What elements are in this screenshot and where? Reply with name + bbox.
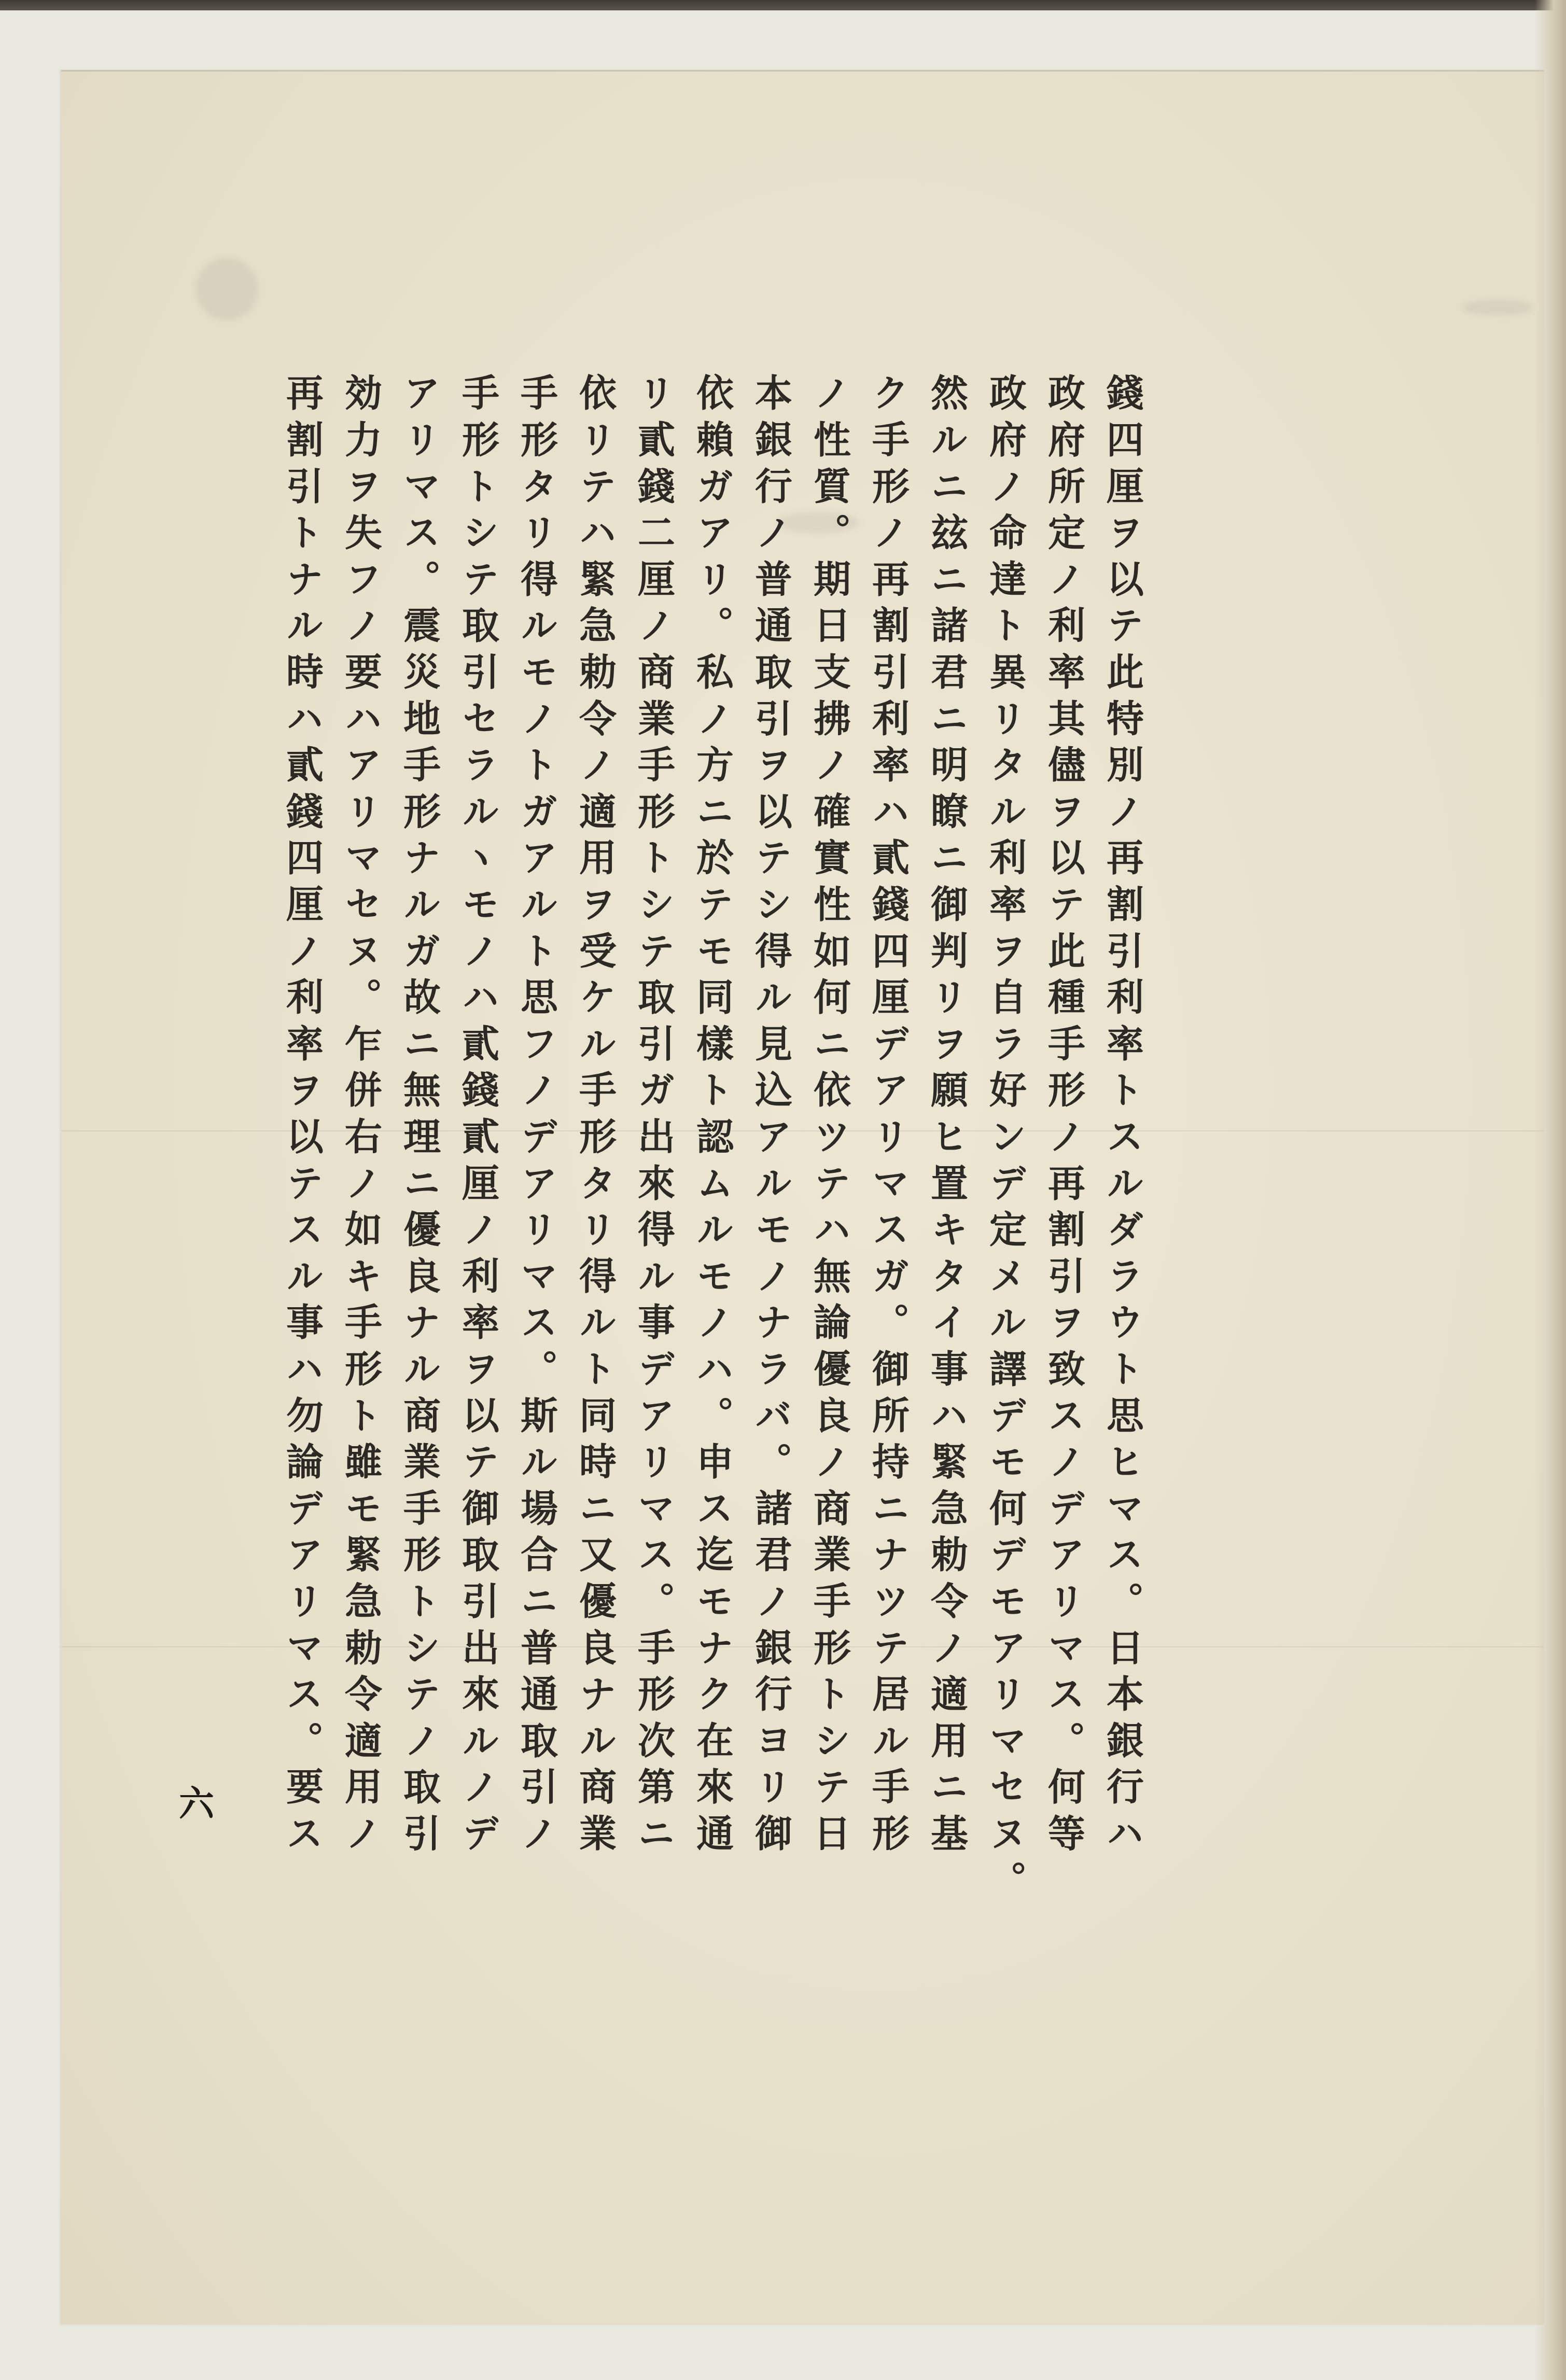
text-column-8: 依賴ガアリ。私ノ方ニ於テモ同樣ト認ムルモノハ。申ス迄モナク在來通 bbox=[682, 373, 741, 2095]
text-column-7: 本銀行ノ普通取引ヲ以テシ得ル見込アルモノナラバ。諸君ノ銀行ヨリ御 bbox=[741, 373, 800, 2095]
text-column-15: 再割引トナル時ハ貳錢四厘ノ利率ヲ以テスル事ハ勿論デアリマス。要ス bbox=[272, 373, 331, 2095]
text-column-12: 手形トシテ取引セラルヽモノハ貳錢貳厘ノ利率ヲ以テ御取引出來ルノデ bbox=[448, 373, 507, 2095]
page-number: 六 bbox=[179, 1776, 214, 1826]
text-column-11: 手形タリ得ルモノトガアルト思フノデアリマス。斯ル場合ニ普通取引ノ bbox=[507, 373, 565, 2095]
text-column-2: 政府所定ノ利率其儘ヲ以テ此種手形ノ再割引ヲ致スノデアリマス。何等 bbox=[1034, 373, 1093, 2095]
text-column-5: ク手形ノ再割引利率ハ貳錢四厘デアリマスガ。御所持ニナツテ居ル手形 bbox=[858, 373, 917, 2095]
paper-stain bbox=[1461, 300, 1534, 315]
text-column-4: 然ルニ玆ニ諸君ニ明瞭ニ御判リヲ願ヒ置キタイ事ハ緊急勅令ノ適用ニ基 bbox=[917, 373, 975, 2095]
text-column-1: 錢四厘ヲ以テ此特別ノ再割引利率トスルダラウト思ヒマス。日本銀行ハ bbox=[1093, 373, 1151, 2095]
vertical-text-body: 錢四厘ヲ以テ此特別ノ再割引利率トスルダラウト思ヒマス。日本銀行ハ 政府所定ノ利率… bbox=[272, 373, 1151, 2095]
scanner-top-edge bbox=[0, 0, 1566, 10]
text-column-13: アリマス。震災地手形ナルガ故ニ無理ニ優良ナル商業手形トシテノ取引 bbox=[389, 373, 448, 2095]
text-column-14: 効力ヲ失フノ要ハアリマセヌ。乍併右ノ如キ手形ト雖モ緊急勅令適用ノ bbox=[331, 373, 389, 2095]
page-right-edge bbox=[1535, 0, 1566, 2380]
text-column-6: ノ性質。期日支拂ノ確實性如何ニ依ツテハ無論優良ノ商業手形トシテ日 bbox=[800, 373, 858, 2095]
text-column-9: リ貳錢二厘ノ商業手形トシテ取引ガ出來得ル事デアリマス。手形次第ニ bbox=[624, 373, 682, 2095]
text-column-3: 政府ノ命達ト異リタル利率ヲ自ラ好ンデ定メル譯デモ何デモアリマセヌ。 bbox=[975, 373, 1034, 2095]
paper-stain bbox=[196, 258, 258, 320]
text-column-10: 依リテハ緊急勅令ノ適用ヲ受ケル手形タリ得ルト同時ニ又優良ナル商業 bbox=[565, 373, 624, 2095]
